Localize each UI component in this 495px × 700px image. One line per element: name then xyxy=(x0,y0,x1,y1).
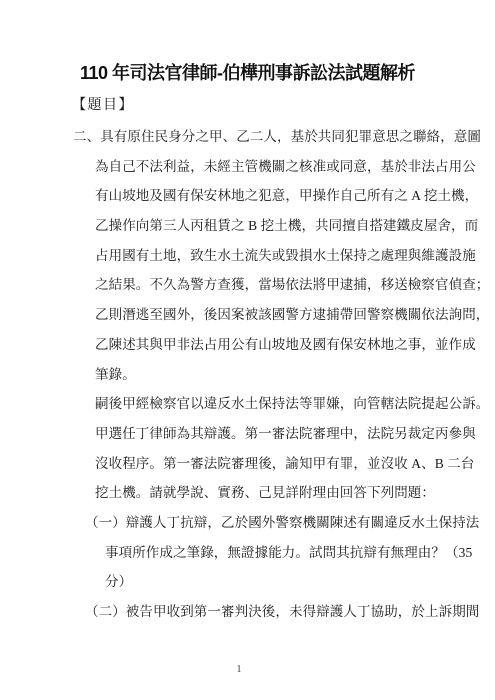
body-line: 乙則潛逃至國外，後因案被該國警方逮捕帶回警察機關依法詢問， xyxy=(95,300,473,330)
body-line: （二）被告甲收到第一審判決後，未得辯護人丁協助，於上訴期間 xyxy=(85,597,473,627)
body-line: 乙陳述其與甲非法占用公有山坡地及國有保安林地之事，並作成 xyxy=(95,330,473,360)
body-line: （一）辯護人丁抗辯，乙於國外警察機關陳述有關違反水土保持法 xyxy=(85,508,473,538)
body-line: 之結果。不久為警方查獲，當場依法將甲逮捕，移送檢察官偵查； xyxy=(95,270,473,300)
body-line: 為自己不法利益，未經主管機關之核准或同意，基於非法占用公 xyxy=(95,152,473,182)
page-number: 1 xyxy=(0,662,478,678)
page-title: 110 年司法官律師-伯樺刑事訴訟法試題解析 xyxy=(0,60,495,86)
body-line: 有山坡地及國有保安林地之犯意，甲操作自己所有之 A 挖土機， xyxy=(95,181,473,211)
body-line: 占用國有土地，致生水土流失或毀損水土保持之處理與維護設施 xyxy=(95,241,473,271)
document-page: 110 年司法官律師-伯樺刑事訴訟法試題解析 【題目】 二、具有原住民身分之甲、… xyxy=(0,0,495,700)
body-line: 挖土機。請就學說、實務、己見詳附理由回答下列問題： xyxy=(95,478,473,508)
body-line: 嗣後甲經檢察官以違反水土保持法等罪嫌，向管轄法院提起公訴。 xyxy=(95,389,473,419)
body-line: 乙操作向第三人丙租賃之 B 挖土機，共同擅自搭建鐵皮屋舍，而 xyxy=(95,211,473,241)
body-line: 甲選任丁律師為其辯護。第一審法院審理中，法院另裁定丙參與 xyxy=(95,419,473,449)
question-body: 二、具有原住民身分之甲、乙二人，基於共同犯罪意思之聯絡，意圖 為自己不法利益，未… xyxy=(73,122,473,627)
body-line: 二、具有原住民身分之甲、乙二人，基於共同犯罪意思之聯絡，意圖 xyxy=(73,122,473,152)
body-line: 沒收程序。第一審法院審理後，諭知甲有罪，並沒收 A、B 二台 xyxy=(95,449,473,479)
section-label: 【題目】 xyxy=(72,96,134,116)
body-line: 筆錄。 xyxy=(95,360,473,390)
body-line: 分） xyxy=(105,567,473,597)
body-line: 事項所作成之筆錄，無證據能力。試問其抗辯有無理由？（35 xyxy=(105,538,473,568)
